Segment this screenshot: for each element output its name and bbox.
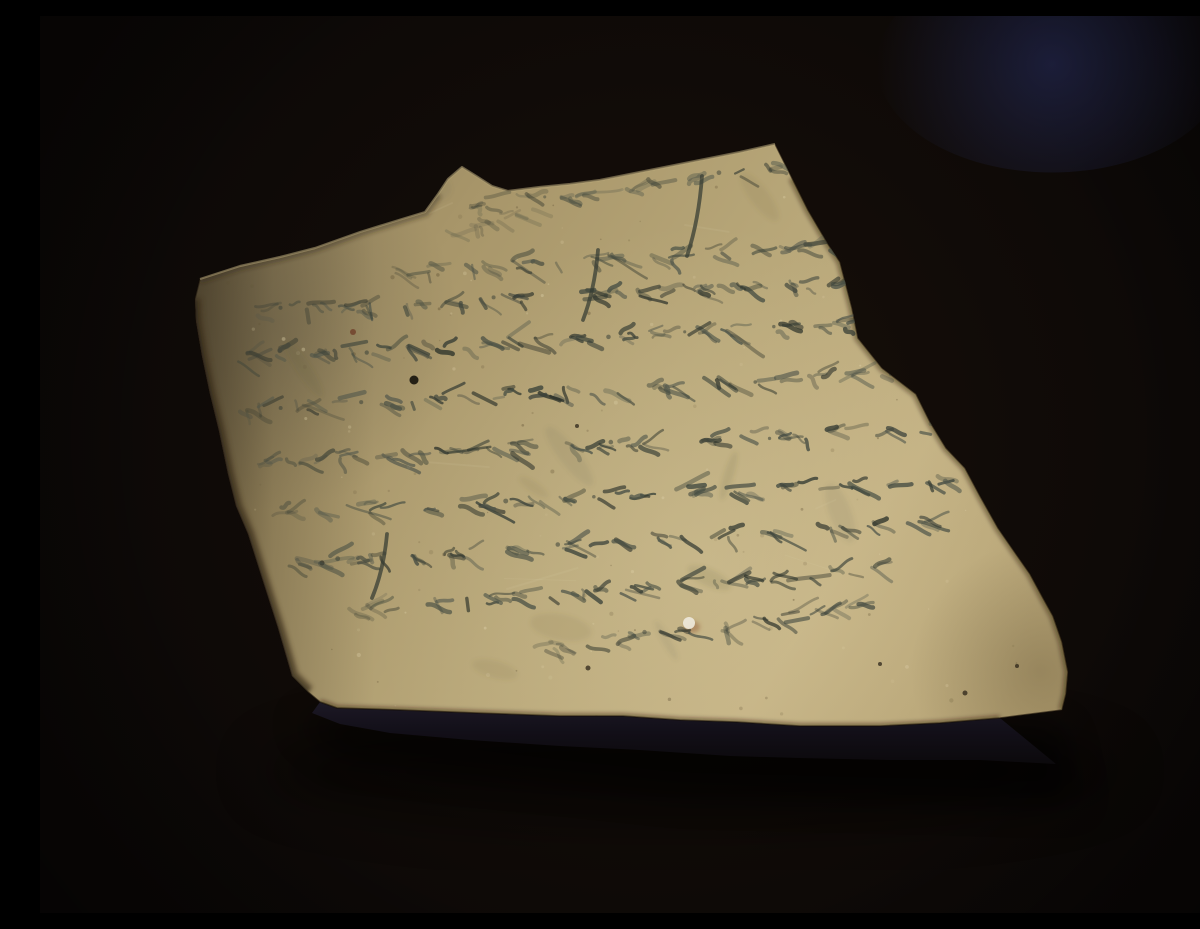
ostracon-photograph — [40, 16, 1200, 913]
photo-stage — [40, 16, 1200, 913]
